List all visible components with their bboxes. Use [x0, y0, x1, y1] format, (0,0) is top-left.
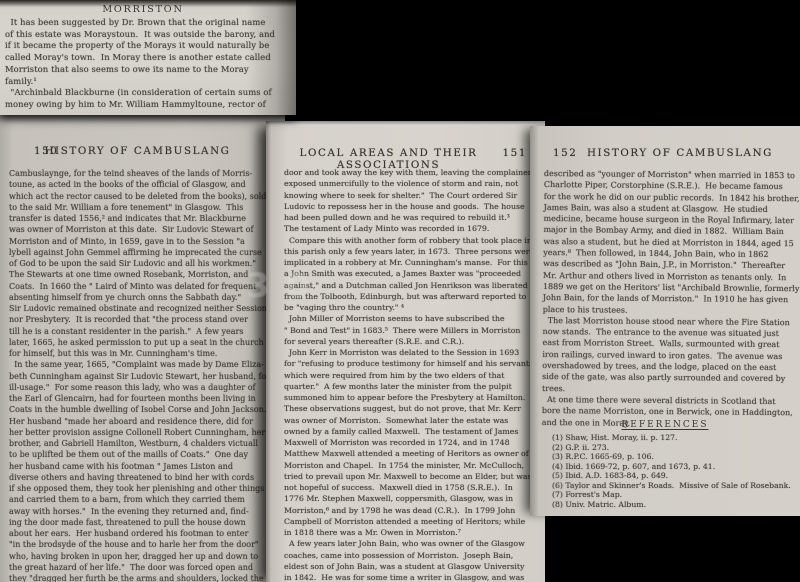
text-line: her husband came with his footman " Jame… [9, 461, 285, 472]
text-line: they "dragged her furth be the arms and … [9, 573, 285, 582]
text-line: Morriston and Chapel. In 1754 the minist… [284, 460, 542, 471]
text-line: if it became the property of the Morays … [5, 40, 295, 52]
text-line: quarter." A few months later the ministe… [284, 381, 542, 392]
book-page-151: LOCAL AREAS AND THEIR ASSOCIATIONS 151 d… [266, 121, 545, 582]
text-line: Cambuslaynge, for the teind sheaves of t… [9, 168, 285, 179]
page-body-text: door and took away the key with them, le… [284, 167, 542, 582]
text-line: which act the rector caused to be delete… [9, 191, 285, 202]
text-line: of God to be upon the said Sir Ludovic a… [9, 258, 285, 269]
text-line: nor Presbytery. It is recorded that "the… [9, 314, 285, 325]
text-line: later, 1665, he asked permission to put … [9, 337, 285, 348]
text-line: Ludovic to repossess her in the house an… [284, 201, 542, 212]
text-line: till he is a constant residenter in the … [9, 326, 285, 337]
text-line: (8) Univ. Matric. Album. [552, 500, 796, 510]
text-line: 1776 Mr. Stephen Maxwell, coppersmith, G… [284, 493, 542, 504]
text-line: It has been suggested by Dr. Brown that … [5, 17, 295, 29]
text-line: (6) Taylor and Skinner's Roads. Missive … [552, 481, 796, 491]
text-line: Coats. In 1660 the " Laird of Minto was … [9, 281, 285, 292]
references-heading: REFERENCES [530, 420, 800, 430]
text-line: exposed unmercifully to the violence of … [284, 178, 542, 189]
text-line: Sir Ludovic remained obstinate and recog… [9, 303, 285, 314]
text-line: (2) G.P. ii. 273. [552, 443, 796, 453]
text-line: money owing by him to Mr. William Hammyl… [5, 99, 295, 111]
text-line: Morriston,⁶ and by 1798 he was dead (C.R… [284, 505, 542, 516]
running-title: HISTORY OF CAMBUSLANG [560, 147, 800, 159]
text-line: beth Cunningham against Sir Ludovic Stew… [9, 371, 285, 382]
book-page-152: 152 HISTORY OF CAMBUSLANG described as "… [530, 126, 800, 516]
text-line: John Miller of Morriston seems to have s… [284, 313, 542, 324]
text-line: "in the brodsyde of the house and to har… [9, 539, 285, 550]
text-line: which were required from him by the two … [284, 370, 542, 381]
text-line: in 1842. He was for some time a writer i… [284, 572, 542, 582]
text-line: (4) Ibid. 1669-72, p. 607, and 1673, p. … [552, 462, 796, 472]
text-line: was owner of Morriston. Somewhat later t… [284, 415, 542, 426]
scan-watermark: 30 [246, 266, 325, 306]
text-line: brother, and Gabriell Hamilton, Westburn… [9, 438, 285, 449]
section-title: MORRISTON [0, 4, 286, 15]
text-line: Maxwell of Morriston was recorded in 172… [284, 437, 542, 448]
fragment-body-text: It has been suggested by Dr. Brown that … [5, 17, 295, 111]
text-line: who, having broken in upon her, dragged … [9, 551, 285, 562]
references-list: (1) Shaw, Hist. Moray, ii. p. 127.(2) G.… [552, 433, 796, 509]
text-line: not hopeful of success. Maxwell died in … [284, 482, 542, 493]
text-line: owned by a family called Maxwell. The te… [284, 426, 542, 437]
text-line: was owner of Morriston at this date. Sir… [9, 224, 285, 235]
text-line: about her ears. Her husband ordered his … [9, 528, 285, 539]
text-line: transfer is dated 1556,² and indicates t… [9, 213, 285, 224]
text-line: lybell against John Gemmel affirming he … [9, 247, 285, 258]
book-page-150: 150 HISTORY OF CAMBUSLANG Cambuslaynge, … [0, 114, 285, 582]
text-line: family.¹ [5, 76, 295, 88]
text-line: (3) R.P.C. 1665-69, p. 106. [552, 452, 796, 462]
text-line: this parish only a few years later, in 1… [284, 246, 542, 257]
text-line: for several years thereafter (S.R.E. and… [284, 336, 542, 347]
text-line: Morriston and of Minto, in 1659, gave in… [9, 236, 285, 247]
text-line: tried to prevail upon Mr. Maxwell to bec… [284, 471, 542, 482]
text-line: Campbell of Morriston attended a meeting… [284, 516, 542, 527]
text-line: John Kerr in Morriston was delated to th… [284, 347, 542, 358]
text-line: eldest son of John Bain, was a student a… [284, 561, 542, 572]
text-line: " Bond and Test" in 1683.⁵ There were Mi… [284, 325, 542, 336]
text-line: called Moray's town. In Moray there is a… [5, 52, 295, 64]
text-line: Morriston that also seems to owe its nam… [5, 64, 295, 76]
page-fragment-morriston: MORRISTON It has been suggested by Dr. B… [0, 0, 296, 115]
text-line: These observations suggest, but do not p… [284, 403, 542, 414]
text-line: her better provision assigne Collonell R… [9, 427, 285, 438]
text-line: Coats in the humble dwelling of Isobel C… [9, 404, 285, 415]
text-line: (7) Forrest's Map. [552, 490, 796, 500]
text-line: In the same year, 1665, "Complaint was m… [9, 359, 285, 370]
text-line: to be uplifted be them out of the maills… [9, 449, 285, 460]
text-line: away with horses." In the evening they r… [9, 506, 285, 517]
text-line: for himself, but this was in Mr. Cunning… [9, 348, 285, 359]
page-body-text: Cambuslaynge, for the teind sheaves of t… [9, 168, 285, 582]
page-body-text: described as "younger of Morriston" when… [542, 168, 800, 430]
text-line: in 1818 there was a Mr. Owen in Morristo… [284, 527, 542, 538]
text-line: if she opposed them, they took her pleni… [9, 483, 285, 494]
text-line: diverse others and having threatened to … [9, 472, 285, 483]
text-line: toune, as acted in the books of the offi… [9, 179, 285, 190]
page-number: 151 [503, 147, 527, 159]
text-line: Her husband "made her aboard and residen… [9, 416, 285, 427]
text-line: door and took away the key with them, le… [284, 167, 542, 178]
text-line: knowing where to seek for shelter." The … [284, 190, 542, 201]
text-line: ing the door made fast, threatened to pu… [9, 517, 285, 528]
text-line: A few years later John Bain, who was own… [284, 538, 542, 549]
scanned-book-spread: 150 HISTORY OF CAMBUSLANG Cambuslaynge, … [0, 0, 800, 582]
text-line: The Stewarts at one time owned Rosebank,… [9, 269, 285, 280]
text-line: absenting himself from ye church onns th… [9, 292, 285, 303]
text-line: Compare this with another form of robber… [284, 235, 542, 246]
text-line: and carried them to a barn, from which t… [9, 494, 285, 505]
running-title: HISTORY OF CAMBUSLANG [0, 145, 275, 157]
text-line: to the said Mr. William a fore tenement"… [9, 202, 285, 213]
text-line: the great hazard of her life." The door … [9, 562, 285, 573]
text-line: side of the gate, was also partly surrou… [542, 371, 798, 385]
text-line: "Archinbald Blackburne (in consideration… [5, 87, 295, 99]
text-line: for "refusing to produce testimony for h… [284, 358, 542, 369]
text-line: had been pulled down and he was required… [284, 212, 542, 223]
text-line: coaches, came into possession of Morrist… [284, 550, 542, 561]
text-line: the Earl of Glencairn, had for fourteen … [9, 393, 285, 404]
text-line: of this estate was Moraystoun. It was ou… [5, 29, 295, 41]
text-line: summoned him to appear before the Presby… [284, 392, 542, 403]
text-line: (5) Ibid. A.D. 1683-84, p. 649. [552, 471, 796, 481]
text-line: The testament of Lady Minto was recorded… [284, 223, 542, 234]
text-line: (1) Shaw, Hist. Moray, ii. p. 127. [552, 433, 796, 443]
text-line: ill-usage." For some reason this lady, w… [9, 382, 285, 393]
text-line: Matthew Maxwell attended a meeting of He… [284, 448, 542, 459]
